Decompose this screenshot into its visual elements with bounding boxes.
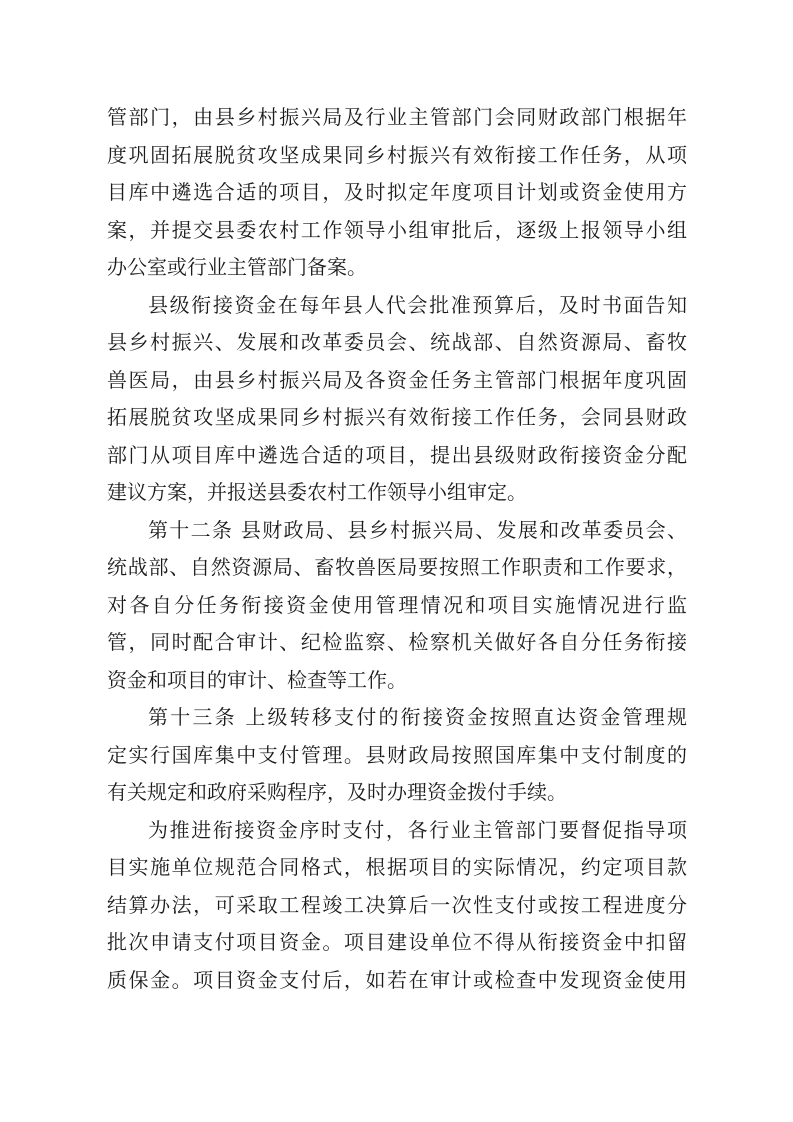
text-line: 定实行国库集中支付管理。县财政局按照国库集中支付制度的 xyxy=(107,737,687,775)
paragraph-article-12: 第十二条 县财政局、县乡村振兴局、发展和改革委员会、 统战部、自然资源局、畜牧兽… xyxy=(107,512,687,700)
text-line: 案，并提交县委农村工作领导小组审批后，逐级上报领导小组 xyxy=(107,212,687,250)
text-line: 统战部、自然资源局、畜牧兽医局要按照工作职责和工作要求， xyxy=(107,549,687,587)
text-line: 建议方案，并报送县委农村工作领导小组审定。 xyxy=(107,474,687,512)
text-line: 目实施单位规范合同格式，根据项目的实际情况，约定项目款 xyxy=(107,849,687,887)
text-line: 度巩固拓展脱贫攻坚成果同乡村振兴有效衔接工作任务，从项 xyxy=(107,137,687,175)
text-line: 质保金。项目资金支付后，如若在审计或检查中发现资金使用 xyxy=(107,962,687,1000)
paragraph-continuation: 管部门，由县乡村振兴局及行业主管部门会同财政部门根据年 度巩固拓展脱贫攻坚成果同… xyxy=(107,99,687,287)
text-line: 拓展脱贫攻坚成果同乡村振兴有效衔接工作任务，会同县财政 xyxy=(107,399,687,437)
text-line: 有关规定和政府采购程序，及时办理资金拨付手续。 xyxy=(107,774,687,812)
text-line: 第十三条 上级转移支付的衔接资金按照直达资金管理规 xyxy=(107,699,687,737)
text-line: 资金和项目的审计、检查等工作。 xyxy=(107,662,687,700)
text-line: 为推进衔接资金序时支付，各行业主管部门要督促指导项 xyxy=(107,812,687,850)
text-line: 部门从项目库中遴选合适的项目，提出县级财政衔接资金分配 xyxy=(107,437,687,475)
text-line: 管，同时配合审计、纪检监察、检察机关做好各自分任务衔接 xyxy=(107,624,687,662)
text-line: 第十二条 县财政局、县乡村振兴局、发展和改革委员会、 xyxy=(107,512,687,550)
text-line: 办公室或行业主管部门备案。 xyxy=(107,249,687,287)
paragraph-payment: 为推进衔接资金序时支付，各行业主管部门要督促指导项 目实施单位规范合同格式，根据… xyxy=(107,812,687,1000)
text-line: 批次申请支付项目资金。项目建设单位不得从衔接资金中扣留 xyxy=(107,924,687,962)
text-line: 县乡村振兴、发展和改革委员会、统战部、自然资源局、畜牧 xyxy=(107,324,687,362)
text-line: 管部门，由县乡村振兴局及行业主管部门会同财政部门根据年 xyxy=(107,99,687,137)
paragraph-county-funds: 县级衔接资金在每年县人代会批准预算后，及时书面告知 县乡村振兴、发展和改革委员会… xyxy=(107,287,687,512)
text-line: 县级衔接资金在每年县人代会批准预算后，及时书面告知 xyxy=(107,287,687,325)
text-line: 目库中遴选合适的项目，及时拟定年度项目计划或资金使用方 xyxy=(107,174,687,212)
text-line: 兽医局，由县乡村振兴局及各资金任务主管部门根据年度巩固 xyxy=(107,362,687,400)
text-line: 对各自分任务衔接资金使用管理情况和项目实施情况进行监 xyxy=(107,587,687,625)
text-line: 结算办法，可采取工程竣工决算后一次性支付或按工程进度分 xyxy=(107,887,687,925)
paragraph-article-13: 第十三条 上级转移支付的衔接资金按照直达资金管理规 定实行国库集中支付管理。县财… xyxy=(107,699,687,812)
document-page: 管部门，由县乡村振兴局及行业主管部门会同财政部门根据年 度巩固拓展脱贫攻坚成果同… xyxy=(107,99,687,999)
